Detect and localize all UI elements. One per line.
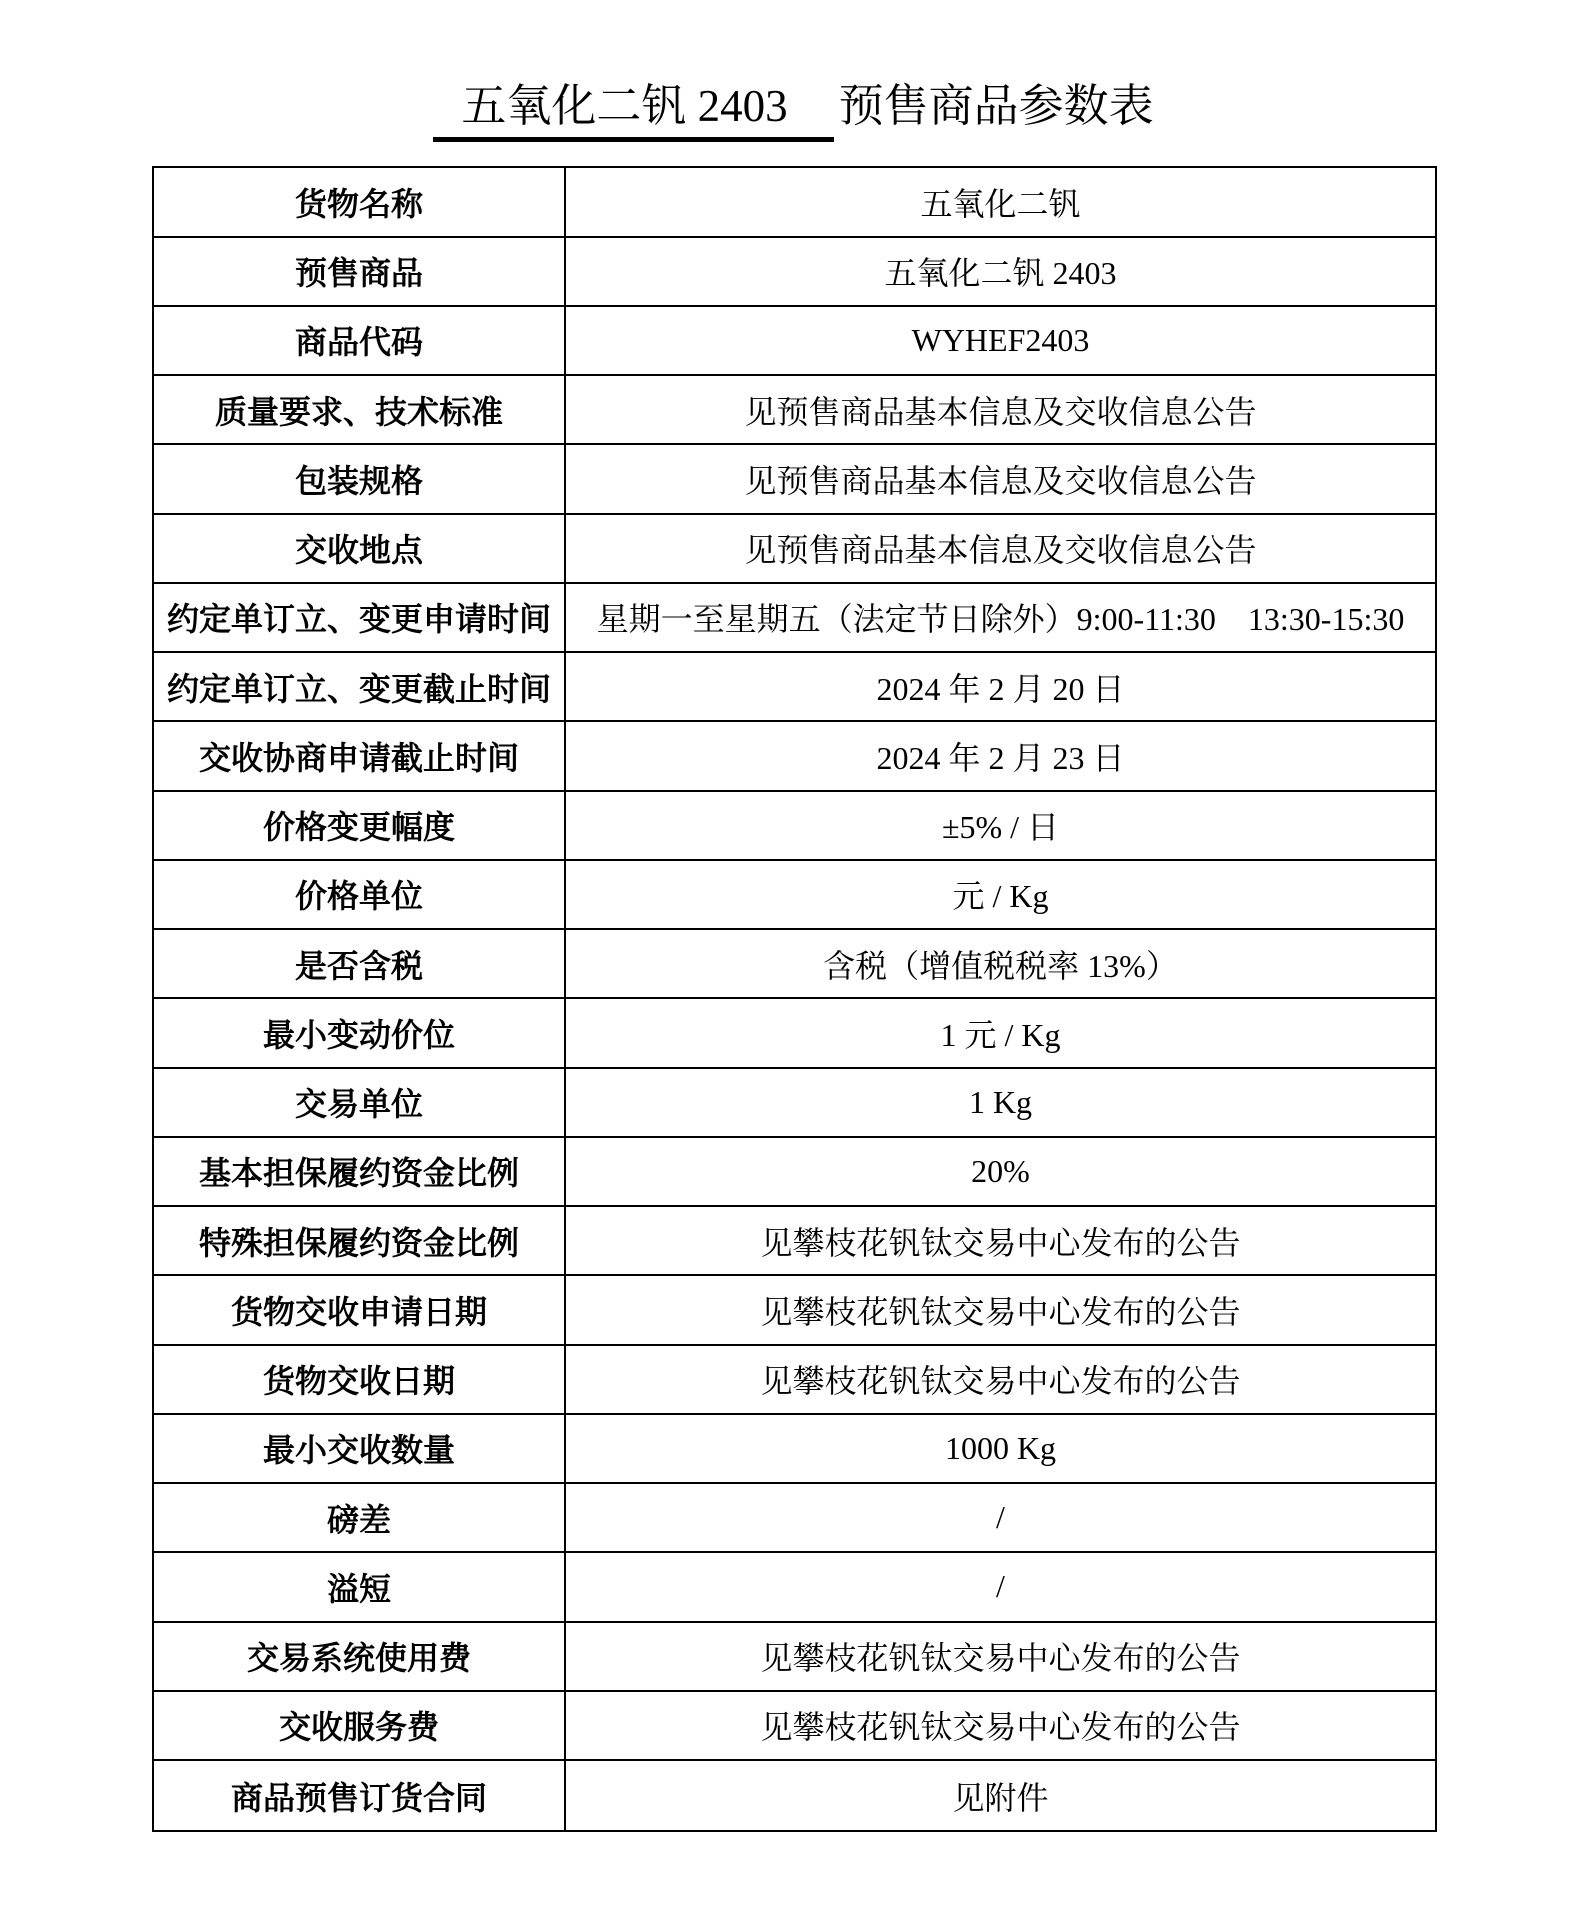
- row-value: 1 Kg: [566, 1069, 1435, 1136]
- row-value: 元 / Kg: [566, 861, 1435, 928]
- row-label: 交收地点: [154, 515, 566, 582]
- row-value: 五氧化二钒 2403: [566, 238, 1435, 305]
- table-row: 质量要求、技术标准 见预售商品基本信息及交收信息公告: [154, 376, 1435, 445]
- row-label: 是否含税: [154, 930, 566, 997]
- row-label: 商品预售订货合同: [154, 1761, 566, 1830]
- table-row: 商品代码 WYHEF2403: [154, 307, 1435, 376]
- document-page: 五氧化二钒 2403预售商品参数表 货物名称 五氧化二钒 预售商品 五氧化二钒 …: [0, 0, 1587, 1929]
- row-label: 交易系统使用费: [154, 1623, 566, 1690]
- table-row: 磅差 /: [154, 1484, 1435, 1553]
- page-title-rest-segment: 预售商品参数表: [839, 78, 1154, 134]
- table-row: 交易系统使用费 见攀枝花钒钛交易中心发布的公告: [154, 1623, 1435, 1692]
- table-row: 预售商品 五氧化二钒 2403: [154, 238, 1435, 307]
- row-value: 见攀枝花钒钛交易中心发布的公告: [566, 1692, 1435, 1759]
- row-value: 1 元 / Kg: [566, 999, 1435, 1066]
- table-row: 包装规格 见预售商品基本信息及交收信息公告: [154, 445, 1435, 514]
- row-value: ±5% / 日: [566, 792, 1435, 859]
- parameters-table: 货物名称 五氧化二钒 预售商品 五氧化二钒 2403 商品代码 WYHEF240…: [152, 166, 1437, 1832]
- table-row: 价格变更幅度 ±5% / 日: [154, 792, 1435, 861]
- row-label: 货物名称: [154, 168, 566, 235]
- row-value: /: [566, 1484, 1435, 1551]
- row-label: 最小交收数量: [154, 1415, 566, 1482]
- row-label: 最小变动价位: [154, 999, 566, 1066]
- table-row: 货物名称 五氧化二钒: [154, 168, 1435, 237]
- row-value: WYHEF2403: [566, 307, 1435, 374]
- table-row: 交收协商申请截止时间 2024 年 2 月 23 日: [154, 722, 1435, 791]
- row-label: 交收服务费: [154, 1692, 566, 1759]
- row-value: 星期一至星期五（法定节日除外）9:00-11:30 13:30-15:30: [566, 584, 1435, 651]
- row-value: 见预售商品基本信息及交收信息公告: [566, 515, 1435, 582]
- row-value: 见攀枝花钒钛交易中心发布的公告: [566, 1276, 1435, 1343]
- row-value: 见预售商品基本信息及交收信息公告: [566, 376, 1435, 443]
- table-row: 交收地点 见预售商品基本信息及交收信息公告: [154, 515, 1435, 584]
- row-label: 交易单位: [154, 1069, 566, 1136]
- row-value: 见附件: [566, 1761, 1435, 1830]
- row-label: 基本担保履约资金比例: [154, 1138, 566, 1205]
- row-label: 货物交收申请日期: [154, 1276, 566, 1343]
- row-label: 预售商品: [154, 238, 566, 305]
- page-title-underlined-segment: 五氧化二钒 2403: [433, 78, 833, 142]
- row-label: 价格变更幅度: [154, 792, 566, 859]
- row-value: 2024 年 2 月 20 日: [566, 653, 1435, 720]
- row-label: 磅差: [154, 1484, 566, 1551]
- table-row: 交收服务费 见攀枝花钒钛交易中心发布的公告: [154, 1692, 1435, 1761]
- row-value: 五氧化二钒: [566, 168, 1435, 235]
- table-row: 价格单位 元 / Kg: [154, 861, 1435, 930]
- row-value: 2024 年 2 月 23 日: [566, 722, 1435, 789]
- row-label: 特殊担保履约资金比例: [154, 1207, 566, 1274]
- row-label: 约定单订立、变更截止时间: [154, 653, 566, 720]
- table-row: 商品预售订货合同 见附件: [154, 1761, 1435, 1830]
- table-row: 最小变动价位 1 元 / Kg: [154, 999, 1435, 1068]
- table-row: 货物交收日期 见攀枝花钒钛交易中心发布的公告: [154, 1346, 1435, 1415]
- row-value: 含税（增值税税率 13%）: [566, 930, 1435, 997]
- row-label: 交收协商申请截止时间: [154, 722, 566, 789]
- row-label: 价格单位: [154, 861, 566, 928]
- row-label: 包装规格: [154, 445, 566, 512]
- row-value: 见攀枝花钒钛交易中心发布的公告: [566, 1623, 1435, 1690]
- row-label: 溢短: [154, 1553, 566, 1620]
- table-row: 基本担保履约资金比例 20%: [154, 1138, 1435, 1207]
- row-label: 货物交收日期: [154, 1346, 566, 1413]
- table-row: 最小交收数量 1000 Kg: [154, 1415, 1435, 1484]
- row-value: 20%: [566, 1138, 1435, 1205]
- row-value: 1000 Kg: [566, 1415, 1435, 1482]
- row-value: 见攀枝花钒钛交易中心发布的公告: [566, 1346, 1435, 1413]
- table-row: 货物交收申请日期 见攀枝花钒钛交易中心发布的公告: [154, 1276, 1435, 1345]
- row-value: /: [566, 1553, 1435, 1620]
- row-label: 约定单订立、变更申请时间: [154, 584, 566, 651]
- row-value: 见预售商品基本信息及交收信息公告: [566, 445, 1435, 512]
- page-title: 五氧化二钒 2403预售商品参数表: [0, 78, 1587, 142]
- table-row: 交易单位 1 Kg: [154, 1069, 1435, 1138]
- table-row: 溢短 /: [154, 1553, 1435, 1622]
- table-row: 特殊担保履约资金比例 见攀枝花钒钛交易中心发布的公告: [154, 1207, 1435, 1276]
- table-row: 是否含税 含税（增值税税率 13%）: [154, 930, 1435, 999]
- table-row: 约定单订立、变更截止时间 2024 年 2 月 20 日: [154, 653, 1435, 722]
- table-row: 约定单订立、变更申请时间 星期一至星期五（法定节日除外）9:00-11:30 1…: [154, 584, 1435, 653]
- row-label: 商品代码: [154, 307, 566, 374]
- row-value: 见攀枝花钒钛交易中心发布的公告: [566, 1207, 1435, 1274]
- row-label: 质量要求、技术标准: [154, 376, 566, 443]
